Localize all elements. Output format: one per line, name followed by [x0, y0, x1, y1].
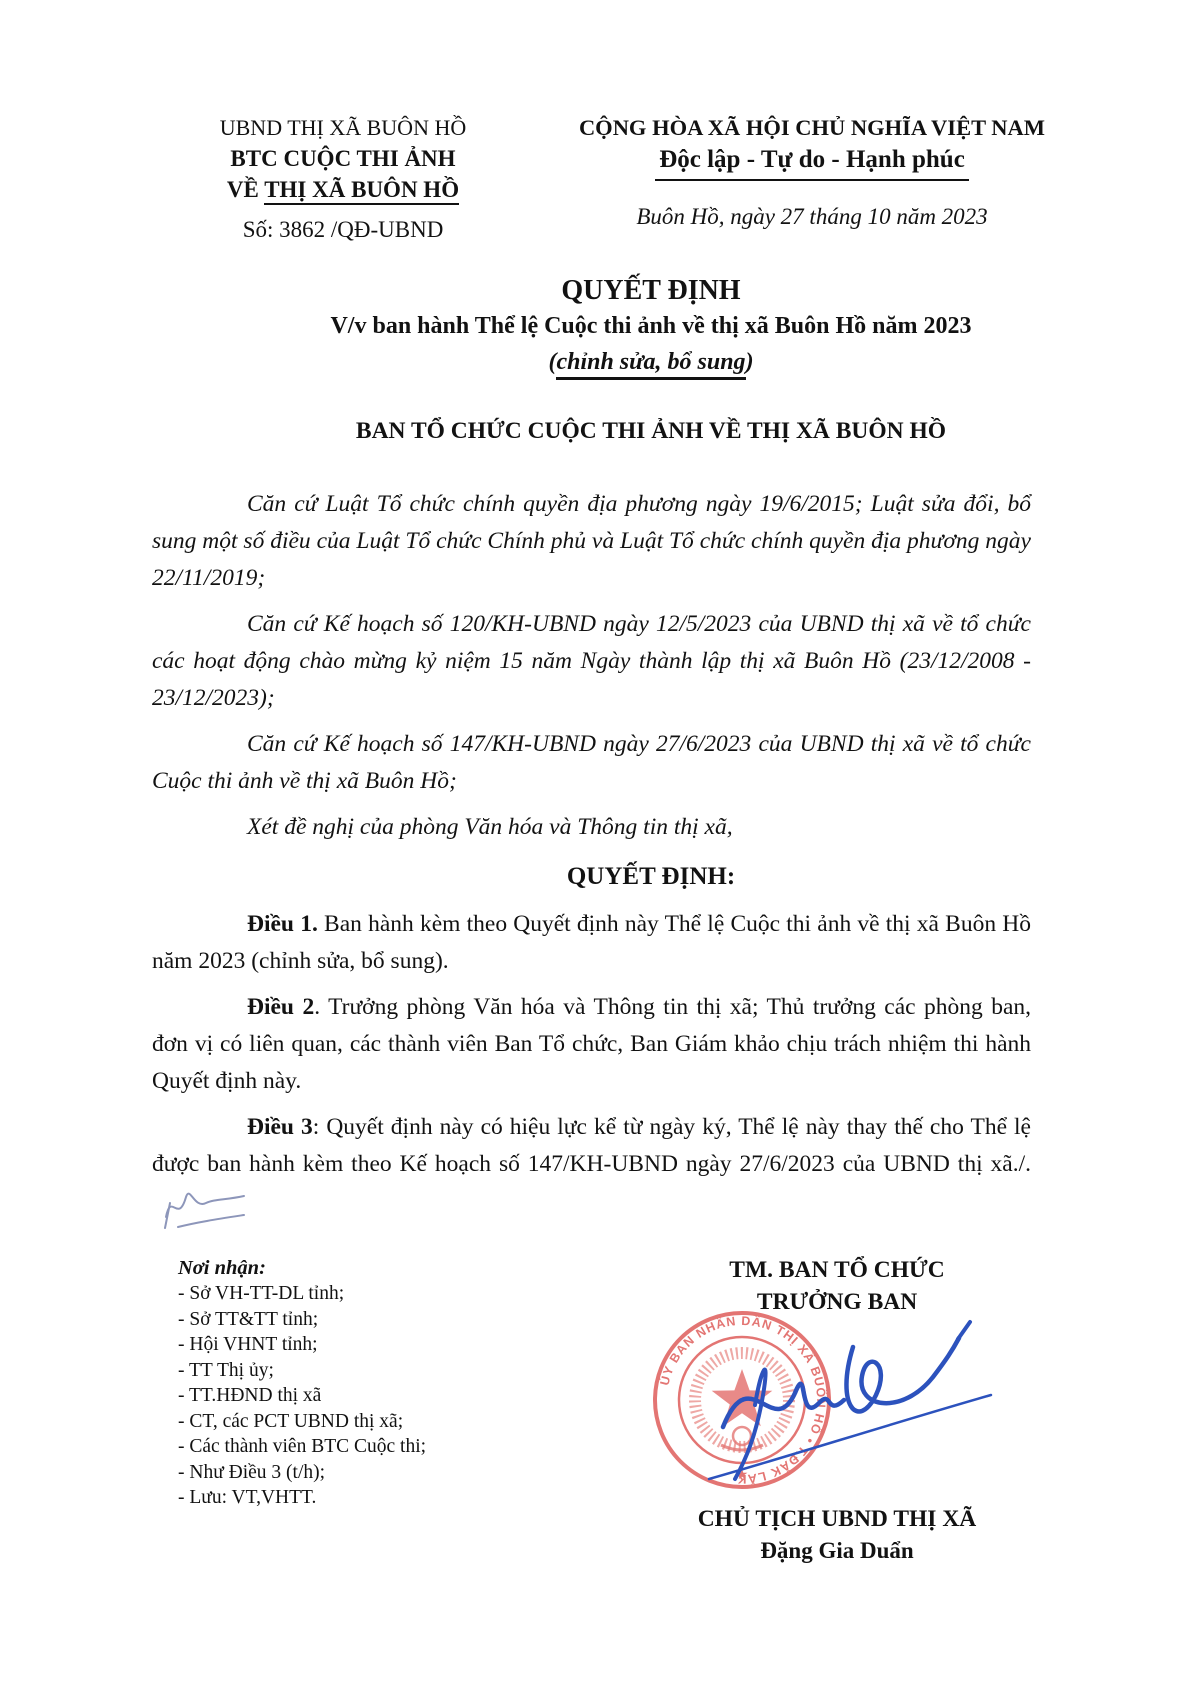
article-2: Điều 2. Trưởng phòng Văn hóa và Thông ti… [152, 989, 1031, 1100]
signer-title: CHỦ TỊCH UBND THỊ XÃ [657, 1504, 1017, 1535]
national-title: CỘNG HÒA XÃ HỘI CHỦ NGHĨA VIỆT NAM [542, 112, 1082, 143]
document-page: UBND THỊ XÃ BUÔN HỒ BTC CUỘC THI ẢNH VỀ … [0, 0, 1191, 1684]
recipients-heading: Nơi nhận: [178, 1255, 578, 1281]
recipient-item: - Sở TT&TT tỉnh; [178, 1307, 578, 1333]
article-1: Điều 1. Ban hành kèm theo Quyết định này… [152, 906, 1031, 980]
article-3: Điều 3: Quyết định này có hiệu lực kể từ… [152, 1109, 1031, 1229]
org-name-prefix: VỀ [227, 177, 264, 202]
document-body: Căn cứ Luật Tổ chức chính quyền địa phươ… [152, 486, 1031, 1229]
note-underlined-text: chỉnh sửa, bổ sung [556, 349, 745, 380]
issuing-org-block: UBND THỊ XÃ BUÔN HỒ BTC CUỘC THI ẢNH VỀ … [152, 112, 534, 243]
decree-heading-wrap: QUYẾT ĐỊNH: [270, 862, 1032, 892]
title-block: QUYẾT ĐỊNH V/v ban hành Thể lệ Cuộc thi … [270, 274, 1032, 446]
signing-authority-line1: TM. BAN TỔ CHỨC [657, 1255, 1017, 1286]
decision-heading: QUYẾT ĐỊNH [270, 274, 1032, 308]
document-header: UBND THỊ XÃ BUÔN HỒ BTC CUỘC THI ẢNH VỀ … [152, 112, 1031, 254]
org-name-underlined: THỊ XÃ BUÔN HỒ [264, 177, 459, 205]
national-motto: Độc lập - Tự do - Hạnh phúc [542, 143, 1082, 181]
article-2-label: Điều 2 [247, 994, 314, 1020]
recipient-item: - Như Điều 3 (t/h); [178, 1460, 578, 1486]
place-dateline: Buôn Hồ, ngày 27 tháng 10 năm 2023 [542, 204, 1082, 230]
national-motto-text: Độc lập - Tự do - Hạnh phúc [655, 143, 969, 181]
preamble-paragraph: Căn cứ Kế hoạch số 147/KH-UBND ngày 27/6… [152, 726, 1031, 800]
org-parent-name: UBND THỊ XÃ BUÔN HỒ [152, 112, 534, 143]
national-motto-block: CỘNG HÒA XÃ HỘI CHỦ NGHĨA VIỆT NAM Độc l… [542, 112, 1082, 230]
decision-subject: V/v ban hành Thể lệ Cuộc thi ảnh về thị … [270, 308, 1032, 344]
article-3-label: Điều 3 [247, 1114, 313, 1140]
decree-heading: QUYẾT ĐỊNH: [270, 862, 1032, 892]
document-number: Số: 3862 /QĐ-UBND [152, 217, 534, 243]
preamble-paragraph: Căn cứ Luật Tổ chức chính quyền địa phươ… [152, 486, 1031, 597]
recipient-item: - Sở VH-TT-DL tỉnh; [178, 1281, 578, 1307]
recipient-item: - Hội VHNT tỉnh; [178, 1332, 578, 1358]
recipient-item: - Các thành viên BTC Cuộc thi; [178, 1434, 578, 1460]
handwritten-signature [695, 1309, 1000, 1489]
recipient-item: - TT Thị ủy; [178, 1358, 578, 1384]
note-close-paren: ) [746, 349, 754, 375]
article-1-label: Điều 1. [247, 911, 318, 937]
decision-note: (chỉnh sửa, bổ sung) [270, 344, 1032, 380]
recipient-item: - TT.HĐND thị xã [178, 1383, 578, 1409]
recipient-item: - CT, các PCT UBND thị xã; [178, 1409, 578, 1435]
recipient-item: - Lưu: VT,VHTT. [178, 1485, 578, 1511]
org-name-line2: VỀ THỊ XÃ BUÔN HỒ [152, 174, 534, 206]
signer-name: Đặng Gia Duẩn [657, 1535, 1017, 1566]
issuer-heading: BAN TỔ CHỨC CUỘC THI ẢNH VỀ THỊ XÃ BUÔN … [270, 416, 1032, 446]
document-footer: Nơi nhận: - Sở VH-TT-DL tỉnh; - Sở TT&TT… [152, 1255, 1031, 1684]
org-name-line1: BTC CUỘC THI ẢNH [152, 143, 534, 174]
signature-block: TM. BAN TỔ CHỨC TRƯỞNG BAN CHỦ TỊCH UBND… [657, 1255, 1017, 1566]
preamble-paragraph: Xét đề nghị của phòng Văn hóa và Thông t… [152, 809, 1031, 846]
initials-paraph-mark [156, 1183, 251, 1229]
preamble-paragraph: Căn cứ Kế hoạch số 120/KH-UBND ngày 12/5… [152, 606, 1031, 717]
recipients-block: Nơi nhận: - Sở VH-TT-DL tỉnh; - Sở TT&TT… [178, 1255, 578, 1511]
